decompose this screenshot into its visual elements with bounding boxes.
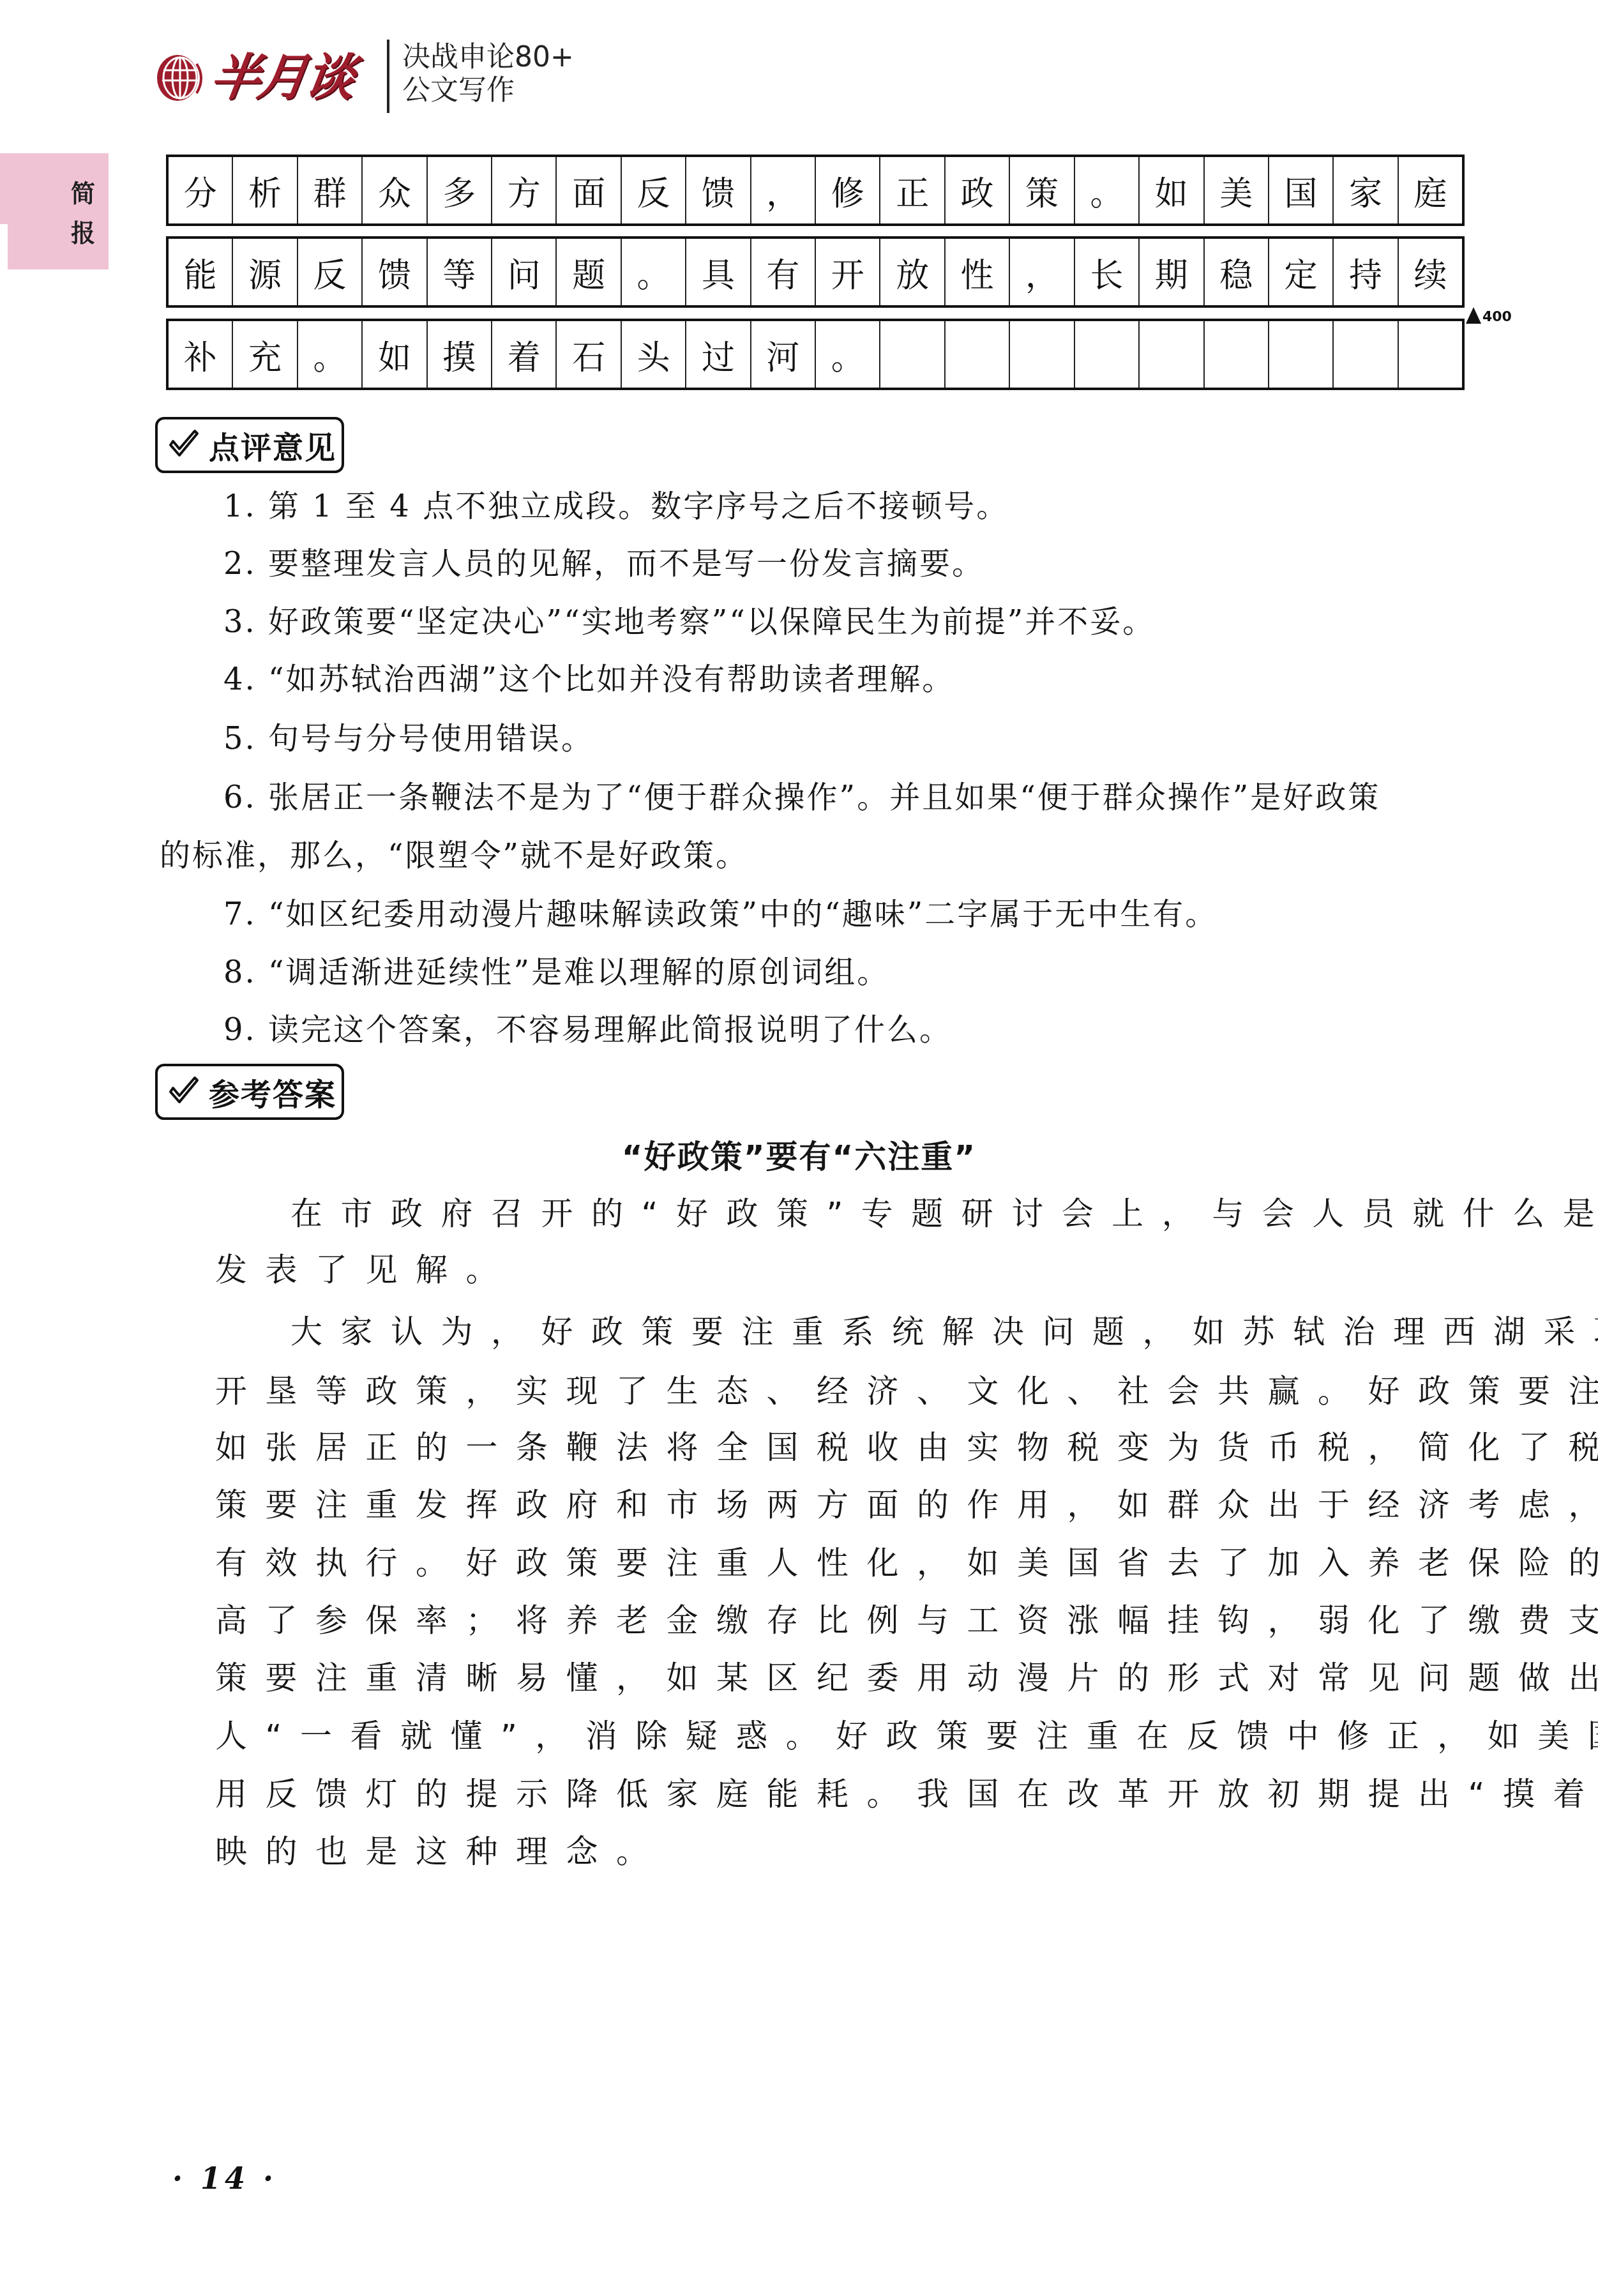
grid-cell: 众 xyxy=(363,157,427,223)
grid-cell: 政 xyxy=(946,157,1010,223)
grid-cell: 充 xyxy=(233,321,298,388)
grid-cell: 稳 xyxy=(1205,239,1269,305)
answer-line: 如张居正的一条鞭法将全国税收由实物税变为货币税，简化了税收方式。好政 xyxy=(215,1428,1598,1467)
grid-cell: 开 xyxy=(816,239,880,305)
comment-line: 的标准，那么，“限塑令”就不是好政策。 xyxy=(160,836,748,875)
comments-label-text: 点评意见 xyxy=(209,423,336,467)
comment-line: 2. 要整理发言人员的见解，而不是写一份发言摘要。 xyxy=(223,545,984,583)
brand-logo: 半月谈 xyxy=(152,45,372,109)
grid-cell: 群 xyxy=(298,157,363,223)
grid-cell: 馈 xyxy=(363,239,427,305)
grid-cell: 期 xyxy=(1140,239,1204,305)
grid-cell: 着 xyxy=(492,321,557,388)
answer-line: 开垦等政策，实现了生态、经济、文化、社会共赢。好政策要注重操作简便， xyxy=(215,1372,1598,1410)
comment-line: 3. 好政策要“坚定决心”“实地考察”“以保障民生为前提”并不妥。 xyxy=(223,603,1155,641)
grid-cell: 有 xyxy=(751,239,816,305)
grid-cell: 方 xyxy=(492,157,557,223)
comment-line: 1. 第 1 至 4 点不独立成段。数字序号之后不接顿号。 xyxy=(223,487,1009,525)
grid-cell: 。 xyxy=(816,321,880,388)
globe-icon xyxy=(155,51,204,105)
grid-cell: 放 xyxy=(880,239,945,305)
comment-line: 9. 读完这个答案，不容易理解此简报说明了什么。 xyxy=(223,1011,952,1049)
grid-cell xyxy=(1399,321,1462,388)
answer-line: 策要注重发挥政府和市场两方面的作用，如群众出于经济考虑，促使“限塑令” xyxy=(215,1486,1598,1524)
grid-cell: 续 xyxy=(1399,239,1462,305)
word-count-value: 400 xyxy=(1482,309,1512,325)
answer-title: “好政策”要有“六注重” xyxy=(0,1137,1598,1177)
grid-cell xyxy=(1140,321,1204,388)
grid-cell: 性 xyxy=(946,239,1010,305)
grid-cell xyxy=(1334,321,1398,388)
grid-cell: 反 xyxy=(622,157,686,223)
grid-cell xyxy=(1010,321,1074,388)
grid-cell xyxy=(1269,321,1334,388)
comment-line: 4. “如苏轼治西湖”这个比如并没有帮助读者理解。 xyxy=(223,660,954,699)
grid-cell xyxy=(880,321,945,388)
checkmark-icon xyxy=(167,1074,202,1110)
grid-cell xyxy=(946,321,1010,388)
header-divider xyxy=(387,40,389,113)
grid-cell xyxy=(1205,321,1269,388)
answer-line: 映的也是这种理念。 xyxy=(215,1832,667,1871)
grid-cell: 反 xyxy=(298,239,363,305)
grid-cell: 修 xyxy=(816,157,880,223)
grid-cell: 摸 xyxy=(428,321,492,388)
grid-cell: 定 xyxy=(1269,239,1334,305)
grid-cell: ， xyxy=(751,157,816,223)
grid-cell: 策 xyxy=(1010,157,1074,223)
grid-cell: 具 xyxy=(686,239,751,305)
page-header: 半月谈 决战申论80+ 公文写作 xyxy=(152,40,599,113)
grid-cell: 如 xyxy=(1140,157,1204,223)
grid-cell: 。 xyxy=(1075,157,1140,223)
grid-cell: 题 xyxy=(557,239,621,305)
grid-cell: 能 xyxy=(169,239,233,305)
brand-name: 半月谈 xyxy=(206,47,357,109)
grid-cell: 。 xyxy=(298,321,363,388)
chapter-tab-notch xyxy=(0,224,8,270)
grid-cell: 面 xyxy=(557,157,621,223)
grid-cell: 分 xyxy=(169,157,233,223)
chapter-tab-char-1: 简 xyxy=(70,174,96,213)
chapter-tab-label: 简 报 xyxy=(70,174,96,253)
answer-line: 用反馈灯的提示降低家庭能耗。我国在改革开放初期提出“摸着石头过河”，反 xyxy=(215,1775,1598,1813)
grid-cell: 。 xyxy=(622,239,686,305)
grid-cell: 石 xyxy=(557,321,621,388)
book-title-line-2: 公文写作 xyxy=(402,74,574,107)
chapter-tab-char-2: 报 xyxy=(70,213,96,253)
comment-line: 5. 句号与分号使用错误。 xyxy=(223,720,594,758)
answer-line: 发表了见解。 xyxy=(215,1251,516,1289)
grid-cell: 国 xyxy=(1269,157,1334,223)
grid-row: 能源反馈等问题。具有开放性，长期稳定持续 xyxy=(166,236,1465,308)
page-number: · 14 · xyxy=(172,2161,277,2196)
grid-cell: 河 xyxy=(751,321,816,388)
grid-cell: 析 xyxy=(233,157,298,223)
word-count-marker: 400 xyxy=(1466,307,1512,327)
answer-line: 在市政府召开的“好政策”专题研讨会上，与会人员就什么是“好政策” xyxy=(290,1195,1598,1233)
grid-cell: 馈 xyxy=(686,157,751,223)
comment-line: 6. 张居正一条鞭法不是为了“便于群众操作”。并且如果“便于群众操作”是好政策 xyxy=(223,778,1380,817)
grid-cell: 补 xyxy=(169,321,233,388)
grid-cell: 庭 xyxy=(1399,157,1462,223)
grid-row: 补充。如摸着石头过河。 xyxy=(166,319,1465,390)
checkmark-icon xyxy=(167,427,202,463)
book-title: 决战申论80+ 公文写作 xyxy=(402,41,574,107)
grid-cell: 长 xyxy=(1075,239,1140,305)
answer-line: 高了参保率；将养老金缴存比例与工资涨幅挂钩，弱化了缴费支出感受。好政 xyxy=(215,1601,1598,1640)
grid-cell: 持 xyxy=(1334,239,1398,305)
grid-cell: 多 xyxy=(428,157,492,223)
triangle-marker-icon xyxy=(1466,307,1481,324)
comment-line: 7. “如区纪委用动漫片趣味解读政策”中的“趣味”二字属于无中生有。 xyxy=(223,895,1217,933)
grid-cell xyxy=(1075,321,1140,388)
grid-row: 分析群众多方面反馈，修正政策。如美国家庭 xyxy=(166,155,1465,226)
grid-cell: 问 xyxy=(492,239,557,305)
book-title-line-1: 决战申论80+ xyxy=(402,41,574,74)
answer-line: 人“一看就懂”，消除疑惑。好政策要注重在反馈中修正，如美国家庭在能源使 xyxy=(215,1717,1598,1755)
comment-line: 8. “调适渐进延续性”是难以理解的原创词组。 xyxy=(223,953,889,992)
answer-line: 有效执行。好政策要注重人性化，如美国省去了加入养老保险的繁琐过程，提 xyxy=(215,1544,1598,1582)
grid-cell: 过 xyxy=(686,321,751,388)
grid-cell: 如 xyxy=(363,321,427,388)
grid-cell: 正 xyxy=(880,157,945,223)
grid-cell: ， xyxy=(1010,239,1074,305)
answer-line: 策要注重清晰易懂，如某区纪委用动漫片的形式对常见问题做出权威解读，让 xyxy=(215,1659,1598,1697)
comments-section-label: 点评意见 xyxy=(155,417,344,473)
grid-cell: 美 xyxy=(1205,157,1269,223)
answer-line: 大家认为，好政策要注重系统解决问题，如苏轼治理西湖采取清淤、筑堤、 xyxy=(290,1313,1598,1351)
grid-cell: 家 xyxy=(1334,157,1398,223)
grid-cell: 头 xyxy=(622,321,686,388)
answer-label-text: 参考答案 xyxy=(209,1070,336,1114)
answer-section-label: 参考答案 xyxy=(155,1064,344,1120)
grid-cell: 等 xyxy=(428,239,492,305)
grid-cell: 源 xyxy=(233,239,298,305)
